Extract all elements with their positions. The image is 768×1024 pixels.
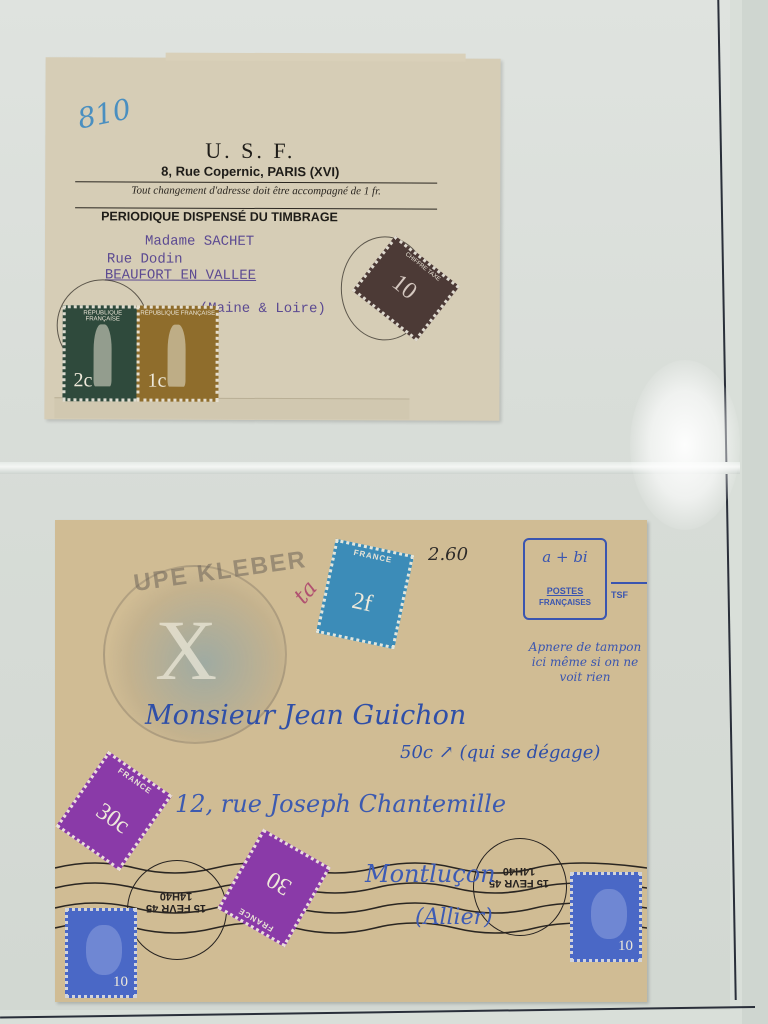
stamp-header: RÉPUBLIQUE FRANÇAISE <box>66 310 140 322</box>
org-name: U. S. F. <box>45 137 455 164</box>
margin-note-line: voit rien <box>510 670 660 685</box>
periodique-label: PERIODIQUE DISPENSÉ DU TIMBRAGE <box>101 209 338 224</box>
stamp-header: FRANCE <box>222 898 289 942</box>
address-line: Rue Dodin <box>107 251 183 267</box>
recipient-name: Monsieur Jean Guichon <box>145 700 466 731</box>
margin-note: Apnere de tampon ici même si on ne voit … <box>510 640 660 685</box>
mercury-head-icon <box>591 889 627 939</box>
cachet-line: POSTES <box>525 586 605 596</box>
pencil-mark: 810 <box>75 92 134 135</box>
stamp-header: RÉPUBLIQUE FRANÇAISE <box>140 311 216 317</box>
wrapper-fold-tab <box>166 53 466 62</box>
album-outer-margin <box>742 0 768 1024</box>
divider <box>75 181 437 183</box>
recipient-street: 12, rue Joseph Chantemille <box>175 790 506 818</box>
boxed-postal-cachet: a + bi POSTES FRANÇAISES <box>523 538 607 620</box>
postage-due-stamp: FRANCE 30 <box>217 829 331 948</box>
newspaper-wrapper-cover: 810 U. S. F. 8, Rue Copernic, PARIS (XVI… <box>44 57 500 421</box>
recipient-city: Montluçon <box>365 860 496 888</box>
stamp-header: FRANCE <box>336 544 410 568</box>
mercury-stamp: 10 <box>65 908 137 998</box>
stamp-value: 10 <box>386 270 422 306</box>
stamp-value: 10 <box>618 938 633 955</box>
sleeve-glare <box>630 360 740 530</box>
postage-due-stamp: FRANCE 30c <box>56 751 173 871</box>
recipient-department: (Allier) <box>415 905 493 930</box>
sower-figure-icon <box>93 324 111 386</box>
emblem-letter: X <box>155 600 217 700</box>
sower-stamp: RÉPUBLIQUE FRANÇAISE 1c <box>136 306 218 402</box>
stamp-value: 2c <box>73 369 92 392</box>
datestamp-time: 14H40 <box>131 890 221 902</box>
sleeve-divider <box>0 462 740 474</box>
cachet-line: a + bi <box>525 548 605 566</box>
stamp-value: 1c <box>147 370 166 393</box>
margin-note-line: Apnere de tampon <box>510 640 660 655</box>
red-crayon-mark: ta <box>289 576 322 609</box>
datestamp-date: 15 FEVR 45 <box>131 902 221 914</box>
mercury-head-icon <box>86 925 122 975</box>
sower-figure-icon <box>167 325 185 387</box>
fee-note: 2.60 <box>428 544 468 565</box>
stamp-value: 10 <box>113 974 128 991</box>
stamp-header: FRANCE <box>103 757 167 806</box>
margin-note-line: ici même si on ne <box>510 655 660 670</box>
datestamp-text: 15 FEVR 45 14H40 <box>131 890 221 914</box>
stamp-value: 30 <box>262 865 296 900</box>
stamp-value: 2f <box>349 588 374 619</box>
tsf-label: TSF <box>611 590 628 600</box>
arrow-icon <box>611 582 647 584</box>
sower-stamp: RÉPUBLIQUE FRANÇAISE 2c <box>62 305 142 401</box>
recipient-note: 50c ↗ (qui se dégage) <box>400 742 600 763</box>
mercury-stamp: 10 <box>570 872 642 962</box>
stamp-value: 30c <box>90 798 134 840</box>
postage-due-stamp: FRANCE 2f <box>316 539 414 650</box>
address-line: BEAUFORT EN VALLEE <box>105 267 256 284</box>
org-address: 8, Rue Copernic, PARIS (XVI) <box>45 163 455 179</box>
address-line: Madame SACHET <box>145 234 254 250</box>
envelope-cover: UPE KLEBER X ta 2.60 FRANCE 2f a + bi PO… <box>55 520 647 1002</box>
address-change-notice: Tout changement d'adresse doit être acco… <box>75 184 437 197</box>
cachet-line: FRANÇAISES <box>525 598 605 607</box>
